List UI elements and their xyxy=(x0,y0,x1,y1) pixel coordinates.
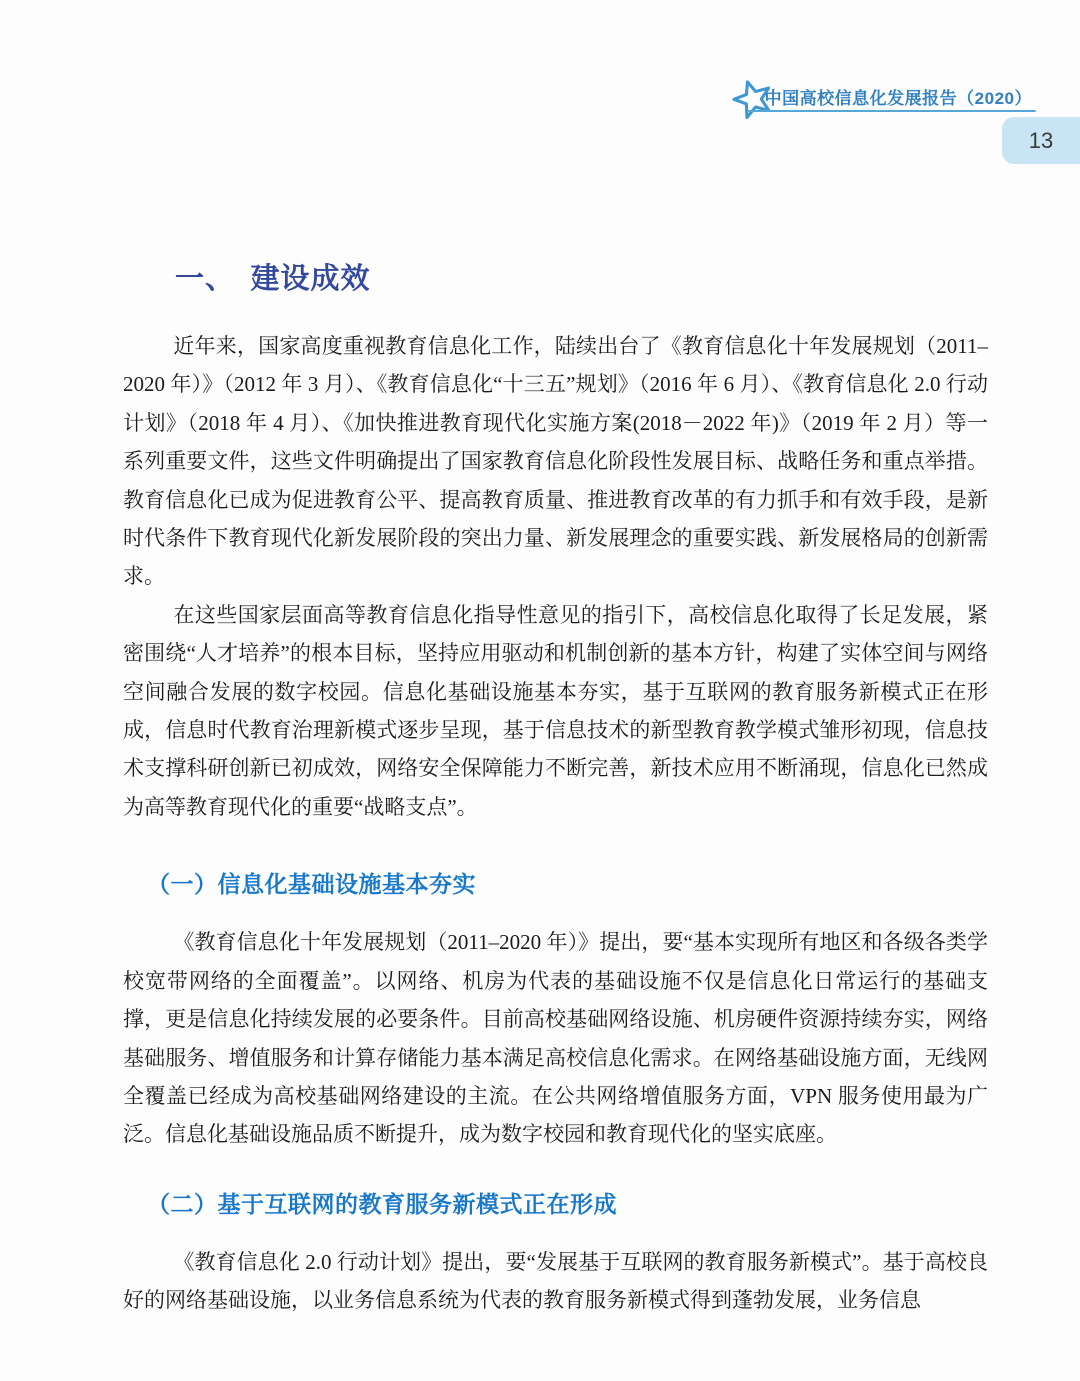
body-paragraph-2: 在这些国家层面高等教育信息化指导性意见的指引下，高校信息化取得了长足发展，紧密围… xyxy=(123,596,988,826)
body-paragraph-1: 近年来，国家高度重视教育信息化工作，陆续出台了《教育信息化十年发展规划（2011… xyxy=(123,327,988,596)
subsection-2-title: （二）基于互联网的教育服务新模式正在形成 xyxy=(123,1186,988,1219)
page-content: 一、 建设成效 近年来，国家高度重视教育信息化工作，陆续出台了《教育信息化十年发… xyxy=(0,0,1080,1320)
subsection-1-title: （一）信息化基础设施基本夯实 xyxy=(123,866,988,899)
subsection-1-paragraph: 《教育信息化十年发展规划（2011–2020 年）》提出，要“基本实现所有地区和… xyxy=(123,923,988,1153)
document-page: 中国高校信息化发展报告（2020） 13 一、 建设成效 近年来，国家高度重视教… xyxy=(0,0,1080,1381)
section-title: 一、 建设成效 xyxy=(123,256,988,297)
subsection-2-paragraph: 《教育信息化 2.0 行动计划》提出，要“发展基于互联网的教育服务新模式”。基于… xyxy=(123,1243,988,1320)
